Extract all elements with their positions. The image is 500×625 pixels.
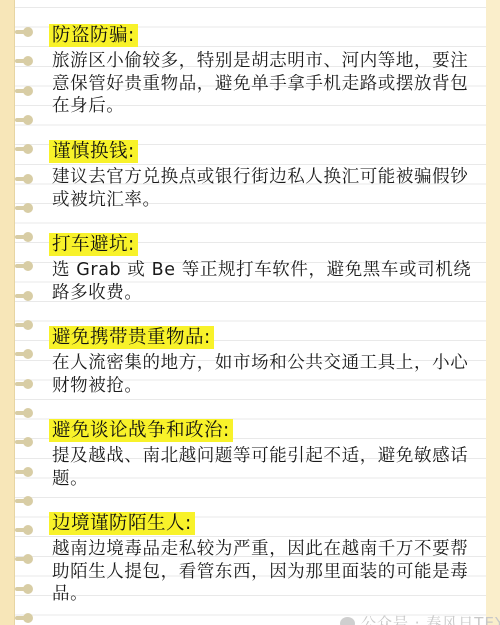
tip-heading: 避免谈论战争和政治: — [49, 419, 233, 442]
binder-ring-icon — [15, 27, 31, 37]
tip-section-taxi: 打车避坑: 选 Grab 或 Be 等正规打车软件，避免黑车或司机绕路多收费。 — [52, 233, 482, 304]
binder-ring-icon — [15, 613, 31, 623]
tip-section-currency-exchange: 谨慎换钱: 建议去官方兑换点或银行街边私人换汇可能被骗假钞或被坑汇率。 — [52, 140, 482, 211]
binder-ring-icon — [15, 86, 31, 96]
tip-heading: 谨慎换钱: — [49, 140, 138, 163]
binder-ring-icon — [15, 525, 31, 535]
binder-ring-icon — [15, 584, 31, 594]
binder-ring-icon — [15, 261, 31, 271]
binder-ring-icon — [15, 174, 31, 184]
tip-section-border-strangers: 边境谨防陌生人: 越南边境毒品走私较为严重，因此在越南千万不要帮助陌生人提包，看… — [52, 512, 482, 606]
tip-body: 在人流密集的地方，如市场和公共交通工具上，小心财物被抢。 — [52, 352, 482, 397]
binder-ring-icon — [15, 437, 31, 447]
left-margin-strip — [0, 0, 15, 625]
tip-heading: 避免携带贵重物品: — [49, 326, 214, 349]
binder-ring-icon — [15, 496, 31, 506]
binder-ring-icon — [15, 203, 31, 213]
tip-body: 提及越战、南北越问题等可能引起不适，避免敏感话题。 — [52, 445, 482, 490]
binder-ring-icon — [15, 291, 31, 301]
binder-ring-icon — [15, 320, 31, 330]
binder-ring-icon — [15, 349, 31, 359]
tip-heading: 打车避坑: — [49, 233, 138, 256]
binder-ring-icon — [15, 467, 31, 477]
tip-section-valuables: 避免携带贵重物品: 在人流密集的地方，如市场和公共交通工具上，小心财物被抢。 — [52, 326, 482, 397]
tip-body: 越南边境毒品走私较为严重，因此在越南千万不要帮助陌生人提包，看管东西，因为那里面… — [52, 538, 482, 606]
watermark: 公众号 · 春风日TEY — [340, 612, 500, 625]
tip-section-anti-theft: 防盗防骗: 旅游区小偷较多，特别是胡志明市、河内等地，要注意保管好贵重物品，避免… — [52, 24, 482, 118]
tip-section-politics: 避免谈论战争和政治: 提及越战、南北越问题等可能引起不适，避免敏感话题。 — [52, 419, 482, 490]
tip-body: 旅游区小偷较多，特别是胡志明市、河内等地，要注意保管好贵重物品，避免单手拿手机走… — [52, 50, 482, 118]
binder-ring-icon — [15, 379, 31, 389]
watermark-text: 公众号 · 春风日TEY — [361, 614, 500, 625]
binder-ring-icon — [15, 115, 31, 125]
binder-ring-icon — [15, 232, 31, 242]
binder-ring-icon — [15, 56, 31, 66]
tip-body: 选 Grab 或 Be 等正规打车软件，避免黑车或司机绕路多收费。 — [52, 259, 482, 304]
tip-heading: 边境谨防陌生人: — [49, 512, 195, 535]
tip-heading: 防盗防骗: — [49, 24, 138, 47]
right-margin-strip — [486, 0, 500, 625]
binder-ring-icon — [15, 554, 31, 564]
tip-body: 建议去官方兑换点或银行街边私人换汇可能被骗假钞或被坑汇率。 — [52, 166, 482, 211]
wechat-icon — [340, 617, 355, 625]
binder-ring-icon — [15, 144, 31, 154]
binder-ring-icon — [15, 408, 31, 418]
